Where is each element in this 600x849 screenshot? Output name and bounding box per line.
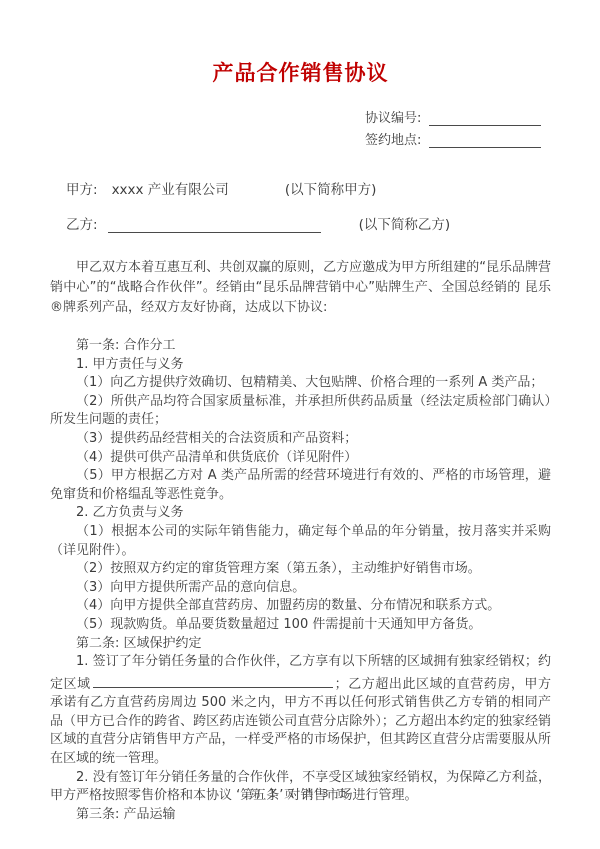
agreement-no-row: 协议编号: <box>365 104 551 126</box>
document-content: 产品合作销售协议 协议编号: 签约地点: 甲方: xxxx 产业有限公司 (以下… <box>50 0 551 824</box>
signing-place-row: 签约地点: <box>365 126 551 148</box>
clause-1-1-heading: 1. 甲方责任与义务 <box>50 356 551 375</box>
party-a-note: (以下简称甲方) <box>285 178 377 198</box>
clause-1-2-item-2: （2）按照双方约定的窜货管理方案（第五条），主动维护好销售市场。 <box>50 560 551 579</box>
party-a-name: xxxx 产业有限公司 <box>112 178 229 198</box>
header-fields: 协议编号: 签约地点: <box>365 104 551 148</box>
clause-1-1-item-2: （2）所供产品均符合国家质量标准，并承担所供药品质量（经法定质检部门确认）所发生… <box>50 393 551 430</box>
intro-paragraph: 甲乙双方本着互惠互利、共创双赢的原则，乙方应邀成为甲方所组建的“昆乐品牌营销中心… <box>50 258 551 318</box>
party-a-row: 甲方: xxxx 产业有限公司 (以下简称甲方) <box>66 179 551 198</box>
clause-1-1-item-4: （4）提供可供产品清单和供货底价（详见附件） <box>50 449 551 468</box>
party-a-label: 甲方: <box>66 178 98 198</box>
signing-place-label: 签约地点: <box>365 129 421 148</box>
signing-place-blank <box>429 132 541 148</box>
page-number: 第 1 页 共 3 页 <box>0 786 600 801</box>
clause-1-2-item-4: （4）向甲方提供全部直营药房、加盟药房的数量、分布情况和联系方式。 <box>50 597 551 616</box>
clause-2-1: 1. 签订了年分销任务量的合作伙伴，乙方享有以下所辖的区域拥有独家经销权；约定区… <box>50 653 551 769</box>
clause-1-2-item-1: （1）根据本公司的实际年销售能力，确定每个单品的年分销量，按月落实并采购（详见附… <box>50 523 551 560</box>
party-b-blank <box>108 217 321 233</box>
document-body: 甲乙双方本着互惠互利、共创双赢的原则，乙方应邀成为甲方所组建的“昆乐品牌营销中心… <box>50 258 551 824</box>
clause-2-1-post: ；乙方超出此区域的直营药房，甲方承诺有乙方直营药房周边 500 米之内，甲方不再… <box>50 677 551 766</box>
clause-1-1-item-5: （5）甲方根据乙方对 A 类产品所需的经营环境进行有效的、严格的市场管理，避免窜… <box>50 467 551 504</box>
clause-1-2-item-5: （5）现款购货。单品要货数量超过 100 件需提前十天通知甲方备货。 <box>50 616 551 635</box>
party-b-row: 乙方: (以下简称乙方) <box>66 214 551 233</box>
clause-1-1-item-3: （3）提供药品经营相关的合法资质和产品资料； <box>50 430 551 449</box>
party-b-label: 乙方: <box>66 213 98 233</box>
clause-1-2-heading: 2. 乙方负责与义务 <box>50 504 551 523</box>
document-page: 产品合作销售协议 协议编号: 签约地点: 甲方: xxxx 产业有限公司 (以下… <box>0 0 600 849</box>
clause-1-1-item-1: （1）向乙方提供疗效确切、包精精美、大包贴牌、价格合理的一系列 A 类产品； <box>50 374 551 393</box>
party-b-note: (以下简称乙方) <box>359 213 451 233</box>
section2-heading: 第二条: 区域保护约定 <box>50 635 551 654</box>
agreement-no-label: 协议编号: <box>365 107 421 126</box>
document-title: 产品合作销售协议 <box>50 0 551 87</box>
section3-heading: 第三条: 产品运输 <box>50 806 551 825</box>
clause-1-2-item-3: （3）向甲方提供所需产品的意向信息。 <box>50 579 551 598</box>
region-blank <box>93 672 333 688</box>
section1-heading: 第一条: 合作分工 <box>50 337 551 356</box>
agreement-no-blank <box>429 110 541 126</box>
